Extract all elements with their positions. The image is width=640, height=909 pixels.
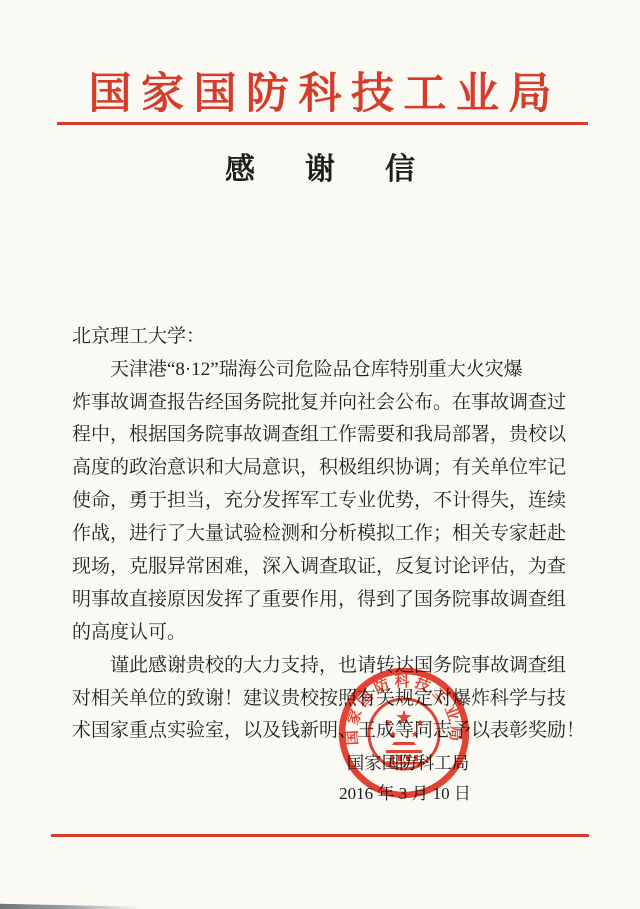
body-line: 高度的政治意识和大局意识，积极组织协调；有关单位牢记 — [72, 452, 602, 485]
scan-edge-artifact — [0, 902, 150, 909]
letter-title: 感谢信 — [0, 144, 640, 188]
official-seal: 国家国防科技工业局 ★ ★ ★ ★ ★ — [334, 663, 474, 803]
body-line: 的高度认可。 — [72, 617, 602, 650]
svg-text:★: ★ — [395, 705, 413, 729]
body-line: 天津港“8·12”瑞海公司危险品仓库特别重大火灾爆 — [72, 354, 602, 387]
body-line: 程中，根据国务院事故调查组工作需要和我局部署，贵校以 — [72, 419, 602, 452]
body-line: 使命，勇于担当，充分发挥军工专业优势，不计得失，连续 — [72, 485, 602, 518]
national-emblem-icon: ★ ★ ★ ★ ★ — [384, 705, 425, 765]
svg-text:★: ★ — [389, 730, 398, 741]
svg-text:★: ★ — [411, 730, 420, 741]
body-line: 北京理工大学： — [72, 321, 602, 354]
footer-rule — [51, 834, 589, 837]
svg-text:★: ★ — [416, 719, 425, 730]
body-line: 炸事故调查报告经国务院批复并向社会公布。在事故调查过 — [72, 387, 602, 420]
letterhead-rule — [57, 122, 588, 125]
letterhead-agency-name: 国家国防科技工业局 — [0, 60, 640, 121]
body-line: 明事故直接原因发挥了重要作用，得到了国务院事故调查组 — [72, 584, 602, 617]
svg-text:★: ★ — [384, 719, 393, 730]
body-line: 作战，进行了大量试验检测和分析模拟工作；相关专家赶赴 — [72, 518, 602, 551]
body-line: 现场，克服异常困难，深入调查取证，反复讨论评估，为查 — [72, 551, 602, 584]
letter-page: 国家国防科技工业局 感谢信 北京理工大学： 天津港“8·12”瑞海公司危险品仓库… — [0, 0, 640, 909]
